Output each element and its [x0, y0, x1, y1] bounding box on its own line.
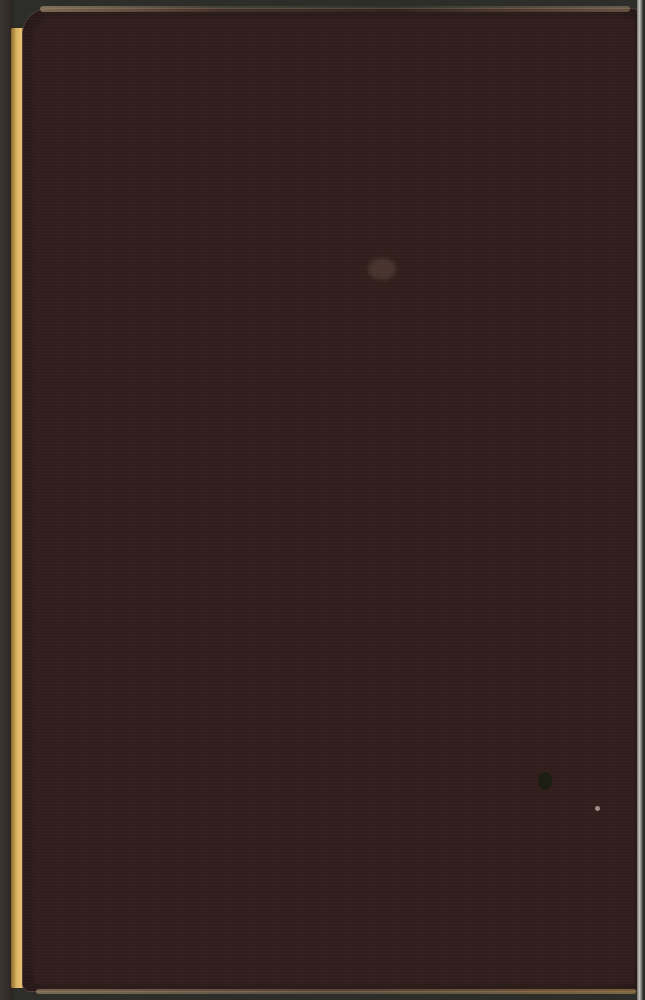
top-edge-wear: [40, 6, 630, 12]
cloth-panel: [34, 18, 634, 984]
cover-stain: [538, 772, 552, 790]
right-board-edge: [637, 0, 643, 1000]
bottom-edge-wear: [36, 989, 636, 994]
book-cover: [22, 8, 638, 992]
cover-scuff: [368, 258, 396, 280]
book-photo: [0, 0, 645, 1000]
cover-speck: [595, 806, 600, 811]
